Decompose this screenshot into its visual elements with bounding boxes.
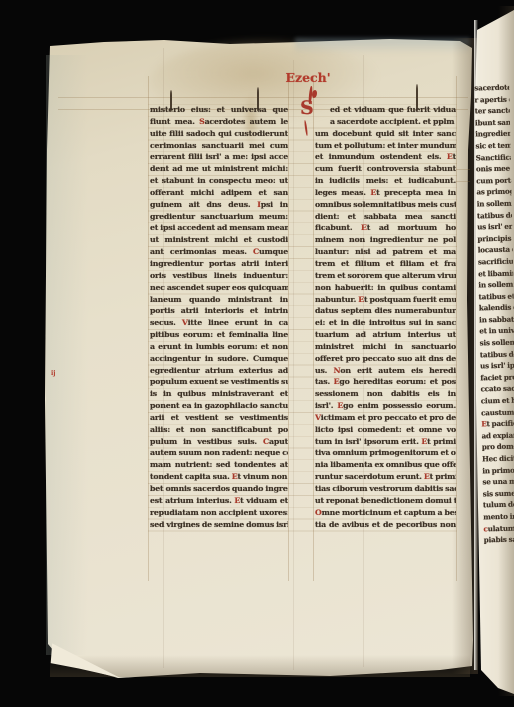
rubricated-text: O [315,508,322,517]
text-line: et stabunt in conspectu meo: ut [150,175,288,187]
text-line: ingredientur [475,128,510,140]
text-line: tia de avibus et de pecoribus non [315,519,456,531]
text-line: ibunt sancta [475,116,510,128]
text-line: dient: et sabbata mea sancti [315,211,456,223]
ink-text: t [453,152,456,161]
text-line: runtur sacerdotum erunt. Et primi [315,471,456,483]
ink-text: umque [259,247,288,256]
text-line: um docebunt quid sit inter sanc [315,128,456,140]
text-line: ministret michi in sanctuario [315,341,456,353]
ink-text: t primi [430,472,456,481]
text-line: cum fuerit controversia stabunt [315,163,456,175]
text-line: is in quibus ministraverant et [150,388,288,400]
text-line: nabuntur. Et postquam fuerit emun [315,294,456,306]
text-line: se una men [482,476,514,488]
text-line: us. Non erit autem eis heredi [315,365,456,377]
ink-text: tondent capita sua. [150,472,232,481]
text-line: trem et sororem que alterum virum [315,270,456,282]
ink-text: acerdotes autem le [205,117,288,126]
text-line: kalendis et [479,302,514,314]
text-line: cerimonias sanctuarii mei cum [150,140,288,152]
text-line: arii et vestient se vestimentis [150,412,288,424]
text-line: tum et pollutum: et inter mundum [315,140,456,152]
text-line: errarent filii isrl' a me: ipsi acce [150,151,288,163]
text-line: tatibus dom [477,209,512,221]
text-line: et ipsi accedent ad mensam meam: [150,222,288,234]
text-line: r apertis ei [474,93,509,105]
text-line: luantur: nisi ad patrem et ma [315,246,456,258]
text-line: cium et holo [481,395,514,407]
text-line: mam nutrient: sed tondentes at [150,459,288,471]
text-line: sed virgines de semine domus isrl' [150,519,288,531]
text-line: Sanctificati [476,151,511,163]
text-line: sessionem non dabitis eis in [315,388,456,400]
text-column-left: misterio eius: et universa quefiunt mea.… [150,104,288,530]
ink-text: ant cerimonias meas. [150,247,253,256]
ink-text: go hereditas eorum: et pos [339,377,456,386]
text-line: autem suum non radent: neque co [150,447,288,459]
text-line: repudiatam non accipient uxores: [150,507,288,519]
ink-text: psi in [261,200,288,209]
ink-text: t ad mortuum ho [367,223,456,232]
text-line: datus septem dies numerabuntur [315,305,456,317]
text-line: mento inma [483,511,514,523]
text-line: ut reponat benedictionem domui tue. [315,495,456,507]
text-line: a sacerdote accipient. et pplm me [315,116,456,128]
ink-text: us. [315,366,333,375]
ink-text: sacerdotes [474,83,509,93]
text-line: fiunt mea. Sacerdotes autem le [150,116,288,128]
text-line: tias ciborum vestrorum dabitis sacerdoti [315,483,456,495]
text-line: est atrium interius. Et viduam et [150,495,288,507]
text-line: accingentur in sudore. Cumque [150,353,288,365]
ink-text: est atrium interius. [150,496,234,505]
text-line: in sabbatis [479,314,514,326]
text-line: bet omnis sacerdos quando ingressurus [150,483,288,495]
text-line: leges meas. Et precepta mea in [315,187,456,199]
text-line: Hec dicit dns [482,453,514,465]
margin-mark: ij [51,371,55,377]
ink-text: go enim possessio eorum. [343,401,456,410]
text-line: tulum de ar [483,499,514,511]
decorated-initial-s: S [300,99,314,118]
text-line: laneum quando ministrant in [150,294,288,306]
text-line: trem et filium et filiam et fra [315,258,456,270]
ink-text: ictimam et pro peccato et pro de [321,413,456,422]
ink-text: pulum in vestibus suis. [150,437,263,446]
text-line: dent ad me ut ministrent michi: [150,163,288,175]
ink-text: et inmundum ostendent eis. [315,152,447,161]
ink-text: leges meas. [315,188,370,197]
ink-text: t pacifica [486,419,514,429]
running-title: Ezech' [282,70,334,85]
ink-text: ed et viduam que fuerit vidua [330,105,456,114]
ink-text: t primi [427,437,456,446]
text-line: et inmundum ostendent eis. Et [315,151,456,163]
text-line: sis sollemni [479,337,514,349]
text-line: sacrificium [478,256,513,268]
ink-text: t viduam et [240,496,288,505]
text-line: as primoge [476,186,511,198]
text-line: isrl'. Ego enim possessio eorum. [315,400,456,412]
text-line: tatibus dom [480,348,514,360]
text-line: aliis: et non sanctificabunt po [150,424,288,436]
text-line: non habuerit: in quibus contami [315,282,456,294]
text-line: ficabunt. Et ad mortuum ho [315,222,456,234]
text-line: misterio eius: et universa que [150,104,288,116]
text-line: in iudiciis meis: et iudicabunt. [315,175,456,187]
ink-text: secus. [150,318,182,327]
text-line: ed et viduam que fuerit vidua [315,104,456,116]
text-line: in sollemni [478,279,513,291]
text-line: et libamina [478,267,513,279]
ink-text: t vinum non bi [238,472,288,481]
ink-text: itte linee erunt in ca [188,318,288,327]
text-line: uite filii sadoch qui custodierunt [150,128,288,140]
text-line: tum in isrl' ipsorum erit. Et primi [315,436,456,448]
text-line: Omne morticinum et captum a bes [315,507,456,519]
text-line: caustum et [481,406,514,418]
ink-text: t precepta mea in [376,188,456,197]
text-line: a erunt in lumbis eorum: et non [150,341,288,353]
text-line: ponent ea in gazophilacio sanctu [150,400,288,412]
ink-text: ficabunt. [315,223,361,232]
ink-text: t postquam fuerit emun [364,295,456,304]
text-line: Et pacifica [481,418,514,430]
text-line: offeret pro peccato suo ait dns de [315,353,456,365]
text-line: et in univer [479,325,514,337]
text-line: pitibus eorum: et feminalia line [150,329,288,341]
ink-text: fiunt mea. [150,117,199,126]
text-line: minem non ingredientur ne pol [315,234,456,246]
text-line: principis ho [477,232,512,244]
text-line: nia libamenta ex omnibus que offe [315,459,456,471]
text-line: faciet pro pe [480,371,514,383]
ink-text: tas. [315,377,334,386]
text-line: piabis sanc [484,534,514,546]
text-line: populum exuent se vestimentis su [150,376,288,388]
text-line: oris vestibus lineis induentur: [150,270,288,282]
ink-text: isrl'. [315,401,337,410]
text-line: ter sancto. s [475,105,510,117]
text-line: licto ipsi comedent: et omne vo [315,424,456,436]
text-line: egredientur atrium exterius ad [150,365,288,377]
text-line: ut ministrent michi et custodi [150,234,288,246]
ink-text: ulatum et ex [488,523,514,533]
text-line: culatum et ex [483,522,514,534]
text-line: pro domo isrl' [482,441,514,453]
text-line: cum portaru [476,174,511,186]
ink-text: runtur sacerdotum erunt. [315,472,424,481]
text-line: sis sumes vi [483,487,514,499]
text-line: onis mee pre [476,163,511,175]
text-line: locausta et [478,244,513,256]
text-line: secus. Vitte linee erunt in ca [150,317,288,329]
text-line: guinem ait dns deus. Ipsi in [150,199,288,211]
ink-text: aput [269,437,288,446]
text-line: tas. Ego hereditas eorum: et pos [315,376,456,388]
text-line: tatibus et in [479,290,514,302]
text-line: ingredientur portas atrii interi [150,258,288,270]
text-line: ad expiandu [481,429,514,441]
ink-text: guinem ait dns deus. [150,200,257,209]
text-line: ant cerimonias meas. Cumque [150,246,288,258]
text-line: nec ascendet super eos quicquam [150,282,288,294]
text-line: portis atrii interioris et intrin [150,305,288,317]
text-line: pulum in vestibus suis. Caput [150,436,288,448]
manuscript-photo: Ezech' S misterio eius: et universa quef… [0,0,514,707]
text-line: tuarium ad atrium interius ut [315,329,456,341]
ink-text: nabuntur. [315,295,358,304]
text-line: sacerdotes·ſ [474,82,509,94]
text-line: in sollemni [477,198,512,210]
text-line: sic et templu [475,140,510,152]
text-line: tondent capita sua. Et vinum non bi [150,471,288,483]
text-line: us isrl' erit [477,221,512,233]
text-line: gredientur sanctuarium meum: [150,211,288,223]
text-line: us isrl' ipse [480,360,514,372]
text-column-right: ed et viduam que fuerit viduaa sacerdote… [315,104,456,530]
text-line: Victimam et pro peccato et pro de [315,412,456,424]
ink-text: mne morticinum et captum a bes [322,508,456,517]
ink-text: on erit autem eis heredi [340,366,456,375]
ink-text: tum in isrl' ipsorum erit. [315,437,421,446]
text-line: tiva omnium primogenitorum et om [315,447,456,459]
text-line: ei: et in die introitus sui in sanc [315,317,456,329]
ink-text: a sacerdote accipient. et pplm me [330,117,456,126]
text-line: ccato sacrifi [480,383,514,395]
text-line: offerant michi adipem et san [150,187,288,199]
text-line: in primo men [482,464,514,476]
text-line: omnibus solemnitatibus meis custo [315,199,456,211]
